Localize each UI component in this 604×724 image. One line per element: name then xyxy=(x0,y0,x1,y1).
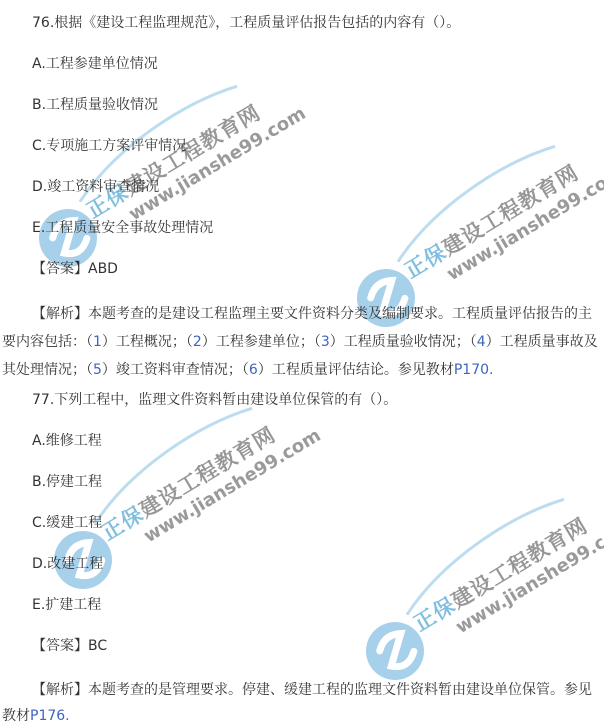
question-76-option-e: E.工程质量安全事故处理情况 xyxy=(2,218,602,238)
question-77-option-c: C.缓建工程 xyxy=(2,513,602,533)
question-77-option-a: A.维修工程 xyxy=(2,431,602,451)
question-content: 76.根据《建设工程监理规范》，工程质量评估报告包括的内容有（）。 A.工程参建… xyxy=(0,0,604,724)
question-76-stem: 76.根据《建设工程监理规范》，工程质量评估报告包括的内容有（）。 xyxy=(2,13,602,33)
question-76-option-b: B.工程质量验收情况 xyxy=(2,95,602,115)
question-76-option-c: C.专项施工方案评审情况 xyxy=(2,136,602,156)
question-77-stem: 77.下列工程中，监理文件资料暂由建设单位保管的有（）。 xyxy=(2,390,602,410)
exam-document-page: 正保建设工程教育网 www.jianshe99.com 正保建设工程教育网 ww… xyxy=(0,0,604,724)
question-76-answer: 【答案】ABD xyxy=(2,259,602,279)
question-76-analysis: 【解析】本题考查的是建设工程监理主要文件资料分类及编制要求。工程质量评估报告的主… xyxy=(2,300,602,384)
question-76-option-a: A.工程参建单位情况 xyxy=(2,54,602,74)
question-77-option-e: E.扩建工程 xyxy=(2,595,602,615)
question-77-analysis: 【解析】本题考查的是管理要求。停建、缓建工程的监理文件资料暂由建设单位保管。参见… xyxy=(2,677,602,724)
question-76-option-d: D.竣工资料审查情况 xyxy=(2,177,602,197)
question-77-option-d: D.改建工程 xyxy=(2,554,602,574)
question-77-answer: 【答案】BC xyxy=(2,636,602,656)
question-77-option-b: B.停建工程 xyxy=(2,472,602,492)
